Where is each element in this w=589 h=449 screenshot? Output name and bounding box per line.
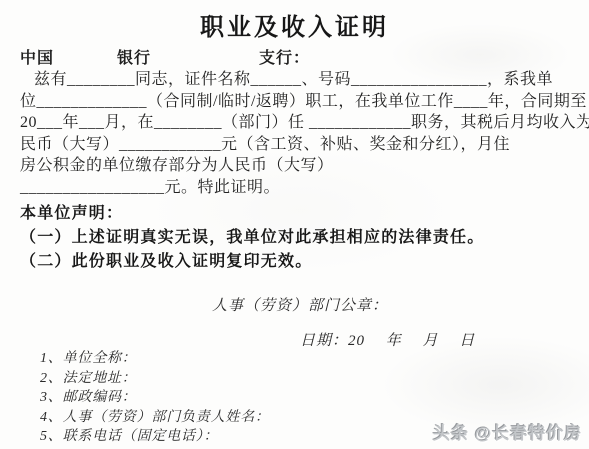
field-phone: 5、联系电话（固定电话）： [40, 427, 270, 447]
field-postal-code: 3、邮政编码： [40, 388, 270, 408]
paragraph-line-5: 房公积金的单位缴存部分为人民币（大写） [20, 155, 576, 177]
page-title: 职业及收入证明 [0, 7, 589, 42]
certificate-document: 职业及收入证明 中国银行支行： 兹有________同志，证件名称______、… [0, 0, 589, 449]
field-legal-address: 2、法定地址： [40, 369, 270, 389]
paragraph-line-4: 民币（大写）____________元（含工资、补贴、奖金和分红），月住 [20, 134, 576, 156]
company-fields: 1、单位全称： 2、法定地址： 3、邮政编码： 4、人事（劳资）部门负责人姓名：… [40, 349, 270, 447]
declaration-item-2: （二）此份职业及收入证明复印无效。 [20, 250, 576, 274]
bank-line: 中国银行支行： [20, 45, 310, 68]
paragraph-line-2: 位_____________（合同制/临时/返聘）职工，在我单位工作____年，… [20, 91, 576, 113]
bank-country: 中国 [20, 50, 54, 67]
body-paragraph: 兹有________同志，证件名称______、号码______________… [20, 69, 576, 198]
paragraph-line-3: 20___年___月，在________（部门）任 ____________职务… [20, 112, 576, 134]
declaration-item-1: （一）上述证明真实无误，我单位对此承担相应的法律责任。 [20, 226, 576, 250]
paragraph-line-6: _________________元。特此证明。 [20, 177, 576, 199]
date-line: 日期：20 年 月 日 [300, 329, 475, 350]
bank-word: 银行 [117, 50, 151, 67]
seal-label: 人事（劳资）部门公章： [212, 294, 388, 315]
declaration-block: 本单位声明： （一）上述证明真实无误，我单位对此承担相应的法律责任。 （二）此份… [20, 202, 576, 274]
watermark: 头条 @长春特价房 [433, 419, 582, 444]
declaration-heading: 本单位声明： [20, 202, 576, 226]
branch-word: 支行： [259, 50, 310, 67]
paragraph-line-1: 兹有________同志，证件名称______、号码______________… [20, 69, 576, 91]
field-hr-contact-name: 4、人事（劳资）部门负责人姓名： [40, 408, 270, 428]
field-company-name: 1、单位全称： [40, 349, 270, 369]
